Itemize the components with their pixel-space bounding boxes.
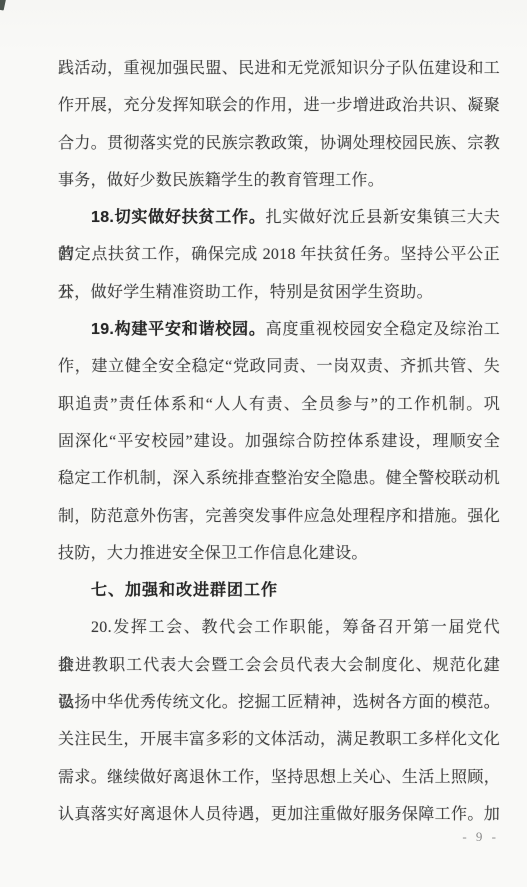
text-line: 弘扬中华优秀传统文化。挖掘工匠精神，选树各方面的模范。	[58, 684, 500, 721]
text-line: 技防，大力推进安全保卫工作信息化建设。	[58, 535, 500, 572]
body-text: 弘扬中华优秀传统文化。挖掘工匠精神，选树各方面的模范。	[58, 694, 500, 711]
text-line: 18.切实做好扶贫工作。扎实做好沈丘县新安集镇三大夫营	[58, 199, 500, 236]
body-text: 作，建立健全安全稳定“党政同责、一岗双责、齐抓共管、失	[58, 358, 500, 375]
text-line: 制，防范意外伤害，完善突发事件应急处理程序和措施。强化	[58, 498, 500, 535]
body-text: 合力。贯彻落实党的民族宗教政策，协调处理校园民族、宗教	[58, 135, 500, 152]
body-text: 制，防范意外伤害，完善突发事件应急处理程序和措施。强化	[58, 508, 500, 525]
bold-lead-text: 七、加强和改进群团工作	[91, 582, 278, 599]
body-text: 稳定工作机制，深入系统排查整治安全隐患。健全警校联动机	[58, 470, 500, 487]
body-text: 开，做好学生精准资助工作，特别是贫困学生资助。	[58, 284, 433, 301]
text-line: 认真落实好离退休人员待遇，更加注重做好服务保障工作。加	[58, 796, 500, 833]
body-text: 践活动，重视加强民盟、民进和无党派知识分子队伍建设和工	[58, 60, 500, 77]
text-line: 职追责”责任体系和“人人有责、全员参与”的工作机制。巩	[58, 386, 500, 423]
bold-lead-text: 18.切实做好扶贫工作。	[91, 209, 266, 226]
body-text: 作开展，充分发挥知联会的作用，进一步增进政治共识、凝聚	[58, 97, 500, 114]
text-line: 20.发挥工会、教代会工作职能，筹备召开第一届党代会。	[58, 609, 500, 646]
text-line: 关注民生，开展丰富多彩的文体活动，满足教职工多样化文化	[58, 721, 500, 758]
body-text: 高度重视校园安全稳定及综治工	[266, 321, 500, 338]
body-text: 需求。继续做好离退休工作，坚持思想上关心、生活上照顾，	[58, 769, 500, 786]
document-body: 践活动，重视加强民盟、民进和无党派知识分子队伍建设和工作开展，充分发挥知联会的作…	[58, 50, 500, 833]
body-text: 认真落实好离退休人员待遇，更加注重做好服务保障工作。加	[58, 806, 500, 823]
text-line: 的定点扶贫工作，确保完成 2018 年扶贫任务。坚持公平公正公	[58, 236, 500, 273]
body-text: 职追责”责任体系和“人人有责、全员参与”的工作机制。巩	[58, 396, 500, 413]
text-line: 践活动，重视加强民盟、民进和无党派知识分子队伍建设和工	[58, 50, 500, 87]
text-line: 作开展，充分发挥知联会的作用，进一步增进政治共识、凝聚	[58, 87, 500, 124]
section-heading: 七、加强和改进群团工作	[58, 572, 500, 609]
body-text: 技防，大力推进安全保卫工作信息化建设。	[58, 545, 368, 562]
text-line: 作，建立健全安全稳定“党政同责、一岗双责、齐抓共管、失	[58, 348, 500, 385]
page-number: - 9 -	[462, 828, 499, 846]
body-text: 关注民生，开展丰富多彩的文体活动，满足教职工多样化文化	[58, 731, 500, 748]
text-line: 事务，做好少数民族籍学生的教育管理工作。	[58, 162, 500, 199]
body-text: 事务，做好少数民族籍学生的教育管理工作。	[58, 172, 384, 189]
text-line: 19.构建平安和谐校园。高度重视校园安全稳定及综治工	[58, 311, 500, 348]
text-line: 稳定工作机制，深入系统排查整治安全隐患。健全警校联动机	[58, 460, 500, 497]
bold-lead-text: 19.构建平安和谐校园。	[91, 321, 266, 338]
text-line: 固深化“平安校园”建设。加强综合防控体系建设，理顺安全	[58, 423, 500, 460]
text-line: 推进教职工代表大会暨工会会员代表大会制度化、规范化建设。	[58, 647, 500, 684]
text-line: 需求。继续做好离退休工作，坚持思想上关心、生活上照顾，	[58, 759, 500, 796]
text-line: 开，做好学生精准资助工作，特别是贫困学生资助。	[58, 274, 500, 311]
scan-corner-artifact	[0, 0, 6, 11]
scanned-page: 践活动，重视加强民盟、民进和无党派知识分子队伍建设和工作开展，充分发挥知联会的作…	[0, 0, 527, 887]
body-text: 固深化“平安校园”建设。加强综合防控体系建设，理顺安全	[58, 433, 500, 450]
text-line: 合力。贯彻落实党的民族宗教政策，协调处理校园民族、宗教	[58, 125, 500, 162]
